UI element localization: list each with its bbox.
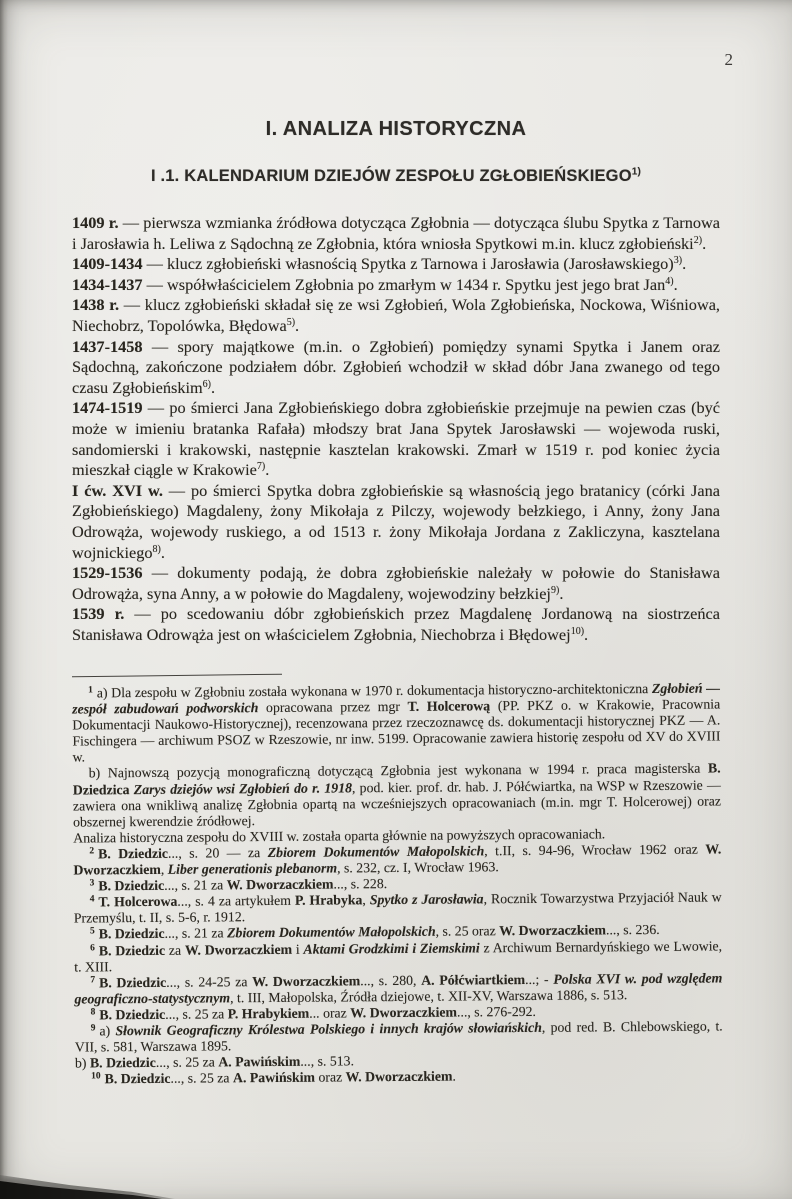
calendar-entry: I ćw. XVI w. — po śmierci Spytka dobra z…	[72, 481, 720, 563]
entry-text: — współwłaścicielem Zgłobnia po zmarłym …	[143, 275, 666, 294]
text-segment: W. Dworzaczkiem	[346, 1069, 453, 1085]
footnote-number: 10	[91, 1072, 101, 1082]
calendar-entry: 1474-1519 — po śmierci Jana Zgłobieńskie…	[72, 398, 720, 480]
footnote-ref: 5)	[287, 317, 295, 328]
footnote-number: 9	[91, 1024, 96, 1034]
entry-text: — po śmierci Jana Zgłobieńskiego dobra z…	[72, 398, 720, 479]
scanned-page: 2 I. ANALIZA HISTORYCZNA I .1. KALENDARI…	[0, 0, 792, 1199]
entry-date: 1437-1458	[72, 337, 143, 356]
calendar-entries: 1409 r. — pierwsza wzmianka źródłowa dot…	[72, 213, 720, 645]
calendar-entry: 1409 r. — pierwsza wzmianka źródłowa dot…	[72, 213, 720, 254]
text-segment: B. Dziedzic	[99, 943, 165, 959]
text-segment: P. Hrabyka	[295, 893, 363, 909]
entry-date: 1529-1536	[72, 563, 143, 582]
entry-text: — spory majątkowe (m.in. o Zgłobień) pom…	[72, 337, 720, 397]
text-segment: B. Dziedzic	[98, 846, 168, 862]
text-segment: T. Holcerową	[408, 699, 491, 715]
text-segment: W. Dworzaczkiem	[499, 923, 606, 939]
footnote-ref: 7)	[257, 461, 265, 472]
entry-date: 1438 r.	[72, 295, 119, 314]
text-segment: opracowana przez mgr	[258, 699, 407, 715]
text-segment: B. Dziedzic	[99, 975, 166, 991]
text-segment: B. Dziedzic	[105, 1072, 171, 1088]
text-segment: .	[452, 1069, 456, 1084]
text-segment: Zarys dziejów wsi Zgłobień do r. 1918	[134, 780, 352, 797]
text-segment: W. Dworzaczkiem	[350, 1005, 457, 1021]
footnote-ref: 10)	[571, 626, 584, 637]
entry-date: 1409-1434	[72, 254, 143, 273]
text-segment: B. Dziedzic	[90, 1056, 156, 1072]
entry-date: I ćw. XVI w.	[72, 481, 163, 500]
entry-text: — dokumenty podają, że dobra zgłobieński…	[72, 563, 720, 603]
text-segment: ..., s. 513.	[300, 1054, 354, 1069]
footnote-number: 4	[90, 895, 95, 905]
text-segment: , s. 232, cz. I, Wrocław 1963.	[337, 860, 499, 876]
entry-date: 1539 r.	[72, 604, 124, 623]
entry-text: — klucz zgłobieński składał się ze wsi Z…	[72, 295, 720, 335]
text-segment: T. Holcerowa	[98, 894, 177, 910]
text-segment: Zbiorem Dokumentów Małopolskich	[227, 925, 436, 942]
footnote-number: 2	[89, 847, 94, 857]
text-segment: ..., s. 236.	[606, 923, 660, 938]
text-segment: , s. 25 oraz	[436, 924, 500, 939]
text-segment: oraz	[315, 1070, 346, 1085]
text-segment: A. Półćwiartkiem	[421, 972, 525, 988]
calendar-entry: 1438 r. — klucz zgłobieński składał się …	[72, 295, 720, 336]
footnote-paragraph: b) Najnowszą pozycją monograficzną dotyc…	[73, 761, 721, 830]
footnote-ref: 3)	[674, 255, 682, 266]
footnote-ref: 4)	[665, 276, 673, 287]
text-segment: ..., s. 24-25 za	[166, 974, 252, 990]
text-segment: W. Dworzaczkiem	[252, 973, 360, 989]
section-title: I. ANALIZA HISTORYCZNA	[72, 118, 720, 141]
section-subtitle: I .1. KALENDARIUM DZIEJÓW ZESPOŁU ZGŁOBI…	[72, 167, 720, 186]
footnote-number: 8	[91, 1008, 96, 1018]
footnote-number: 7	[90, 976, 95, 986]
text-segment: Słownik Geograficzny Królestwa Polskiego…	[115, 1020, 542, 1038]
text-segment: Zbiorem Dokumentów Małopolskich	[268, 844, 485, 861]
footnote-ref: 2)	[694, 235, 702, 246]
text-segment: za	[165, 943, 185, 958]
entry-date: 1434-1437	[72, 275, 143, 294]
text-segment: B. Dziedzic	[99, 927, 165, 943]
text-segment: ...; -	[525, 972, 553, 987]
entry-text: — po scedowaniu dóbr zgłobieńskich przez…	[72, 604, 720, 644]
text-segment: ..., s. 4 za artykułem	[177, 893, 295, 909]
text-segment: A. Pawińskim	[218, 1054, 300, 1070]
text-segment: ..., s. 228.	[333, 877, 387, 892]
calendar-entry: 1437-1458 — spory majątkowe (m.in. o Zgł…	[72, 337, 720, 399]
text-segment: Spytko z Jarosławia	[370, 892, 484, 908]
entry-date: 1474-1519	[72, 398, 143, 417]
text-segment: ..., s. 21 za	[164, 878, 227, 893]
calendar-entry: 1529-1536 — dokumenty podają, że dobra z…	[72, 563, 720, 604]
text-segment: W. Dworzaczkiem	[227, 877, 334, 893]
text-segment: A. Pawińskim	[233, 1070, 315, 1086]
footnote-ref: 9)	[551, 585, 559, 596]
text-segment: B. Dziedzic	[98, 878, 164, 894]
subtitle-text: I .1. KALENDARIUM DZIEJÓW ZESPOŁU ZGŁOBI…	[151, 167, 632, 185]
footnote-number: 5	[90, 927, 95, 937]
text-segment: W. Dworzaczkiem	[185, 942, 292, 958]
text-segment: b)	[75, 1056, 90, 1071]
footnote-paragraph: 7B. Dziedzic..., s. 24-25 za W. Dworzacz…	[74, 971, 722, 1008]
footnote-ref: 8)	[152, 544, 160, 555]
text-segment: a)	[99, 1024, 115, 1039]
entry-text: — po śmierci Spytka dobra zgłobieńskie s…	[72, 481, 720, 562]
footnotes: 1a) Dla zespołu w Zgłobniu została wykon…	[72, 681, 723, 1088]
text-segment: ... oraz	[309, 1006, 350, 1021]
calendar-entry: 1409-1434 — klucz zgłobieński własnością…	[72, 254, 720, 275]
subtitle-footnote-ref: 1)	[632, 167, 641, 178]
footnote-number: 3	[90, 879, 95, 889]
entry-text: — klucz zgłobieński własnością Spytka z …	[143, 254, 674, 273]
text-segment: ..., s. 25 za	[156, 1055, 219, 1070]
text-segment: ..., s. 280,	[360, 973, 421, 988]
text-segment: Liber generationis plebanorm	[168, 861, 338, 877]
footnote-separator	[72, 674, 282, 678]
text-segment: , t. III, Małopolska, Źródła dziejowe, t…	[230, 987, 627, 1005]
footnote-number: 1	[88, 686, 93, 696]
footnote-ref: 6)	[203, 379, 211, 390]
text-segment: ..., s. 276-292.	[457, 1004, 536, 1020]
calendar-entry: 1434-1437 — współwłaścicielem Zgłobnia p…	[72, 275, 720, 296]
scan-left-edge	[0, 0, 8, 1199]
entry-date: 1409 r.	[72, 213, 119, 232]
text-segment: ..., s. 21 za	[165, 926, 228, 941]
text-segment: , t.II, s. 94-96, Wrocław 1962 oraz	[484, 842, 705, 859]
text-segment: ..., s. 20 — za	[168, 845, 268, 861]
text-segment: P. Hrabykiem	[228, 1006, 310, 1022]
text-segment: i	[292, 942, 304, 957]
text-segment: ..., s. 25 za	[165, 1007, 228, 1022]
footnote-paragraph: 1a) Dla zespołu w Zgłobniu została wykon…	[72, 681, 721, 767]
page-content: I. ANALIZA HISTORYCZNA I .1. KALENDARIUM…	[72, 0, 720, 1086]
text-segment: ..., s. 25 za	[170, 1071, 233, 1086]
calendar-entry: 1539 r. — po scedowaniu dóbr zgłobieński…	[72, 604, 720, 645]
text-segment: Aktami Grodzkimi i Ziemskimi	[303, 940, 479, 956]
page-number: 2	[725, 50, 735, 70]
entry-text: — pierwsza wzmianka źródłowa dotycząca Z…	[72, 213, 720, 253]
text-segment: B. Dziedzic	[99, 1007, 165, 1023]
footnote-paragraph: 10B. Dziedzic..., s. 25 za A. Pawińskim …	[75, 1067, 723, 1088]
footnote-number: 6	[90, 943, 95, 953]
